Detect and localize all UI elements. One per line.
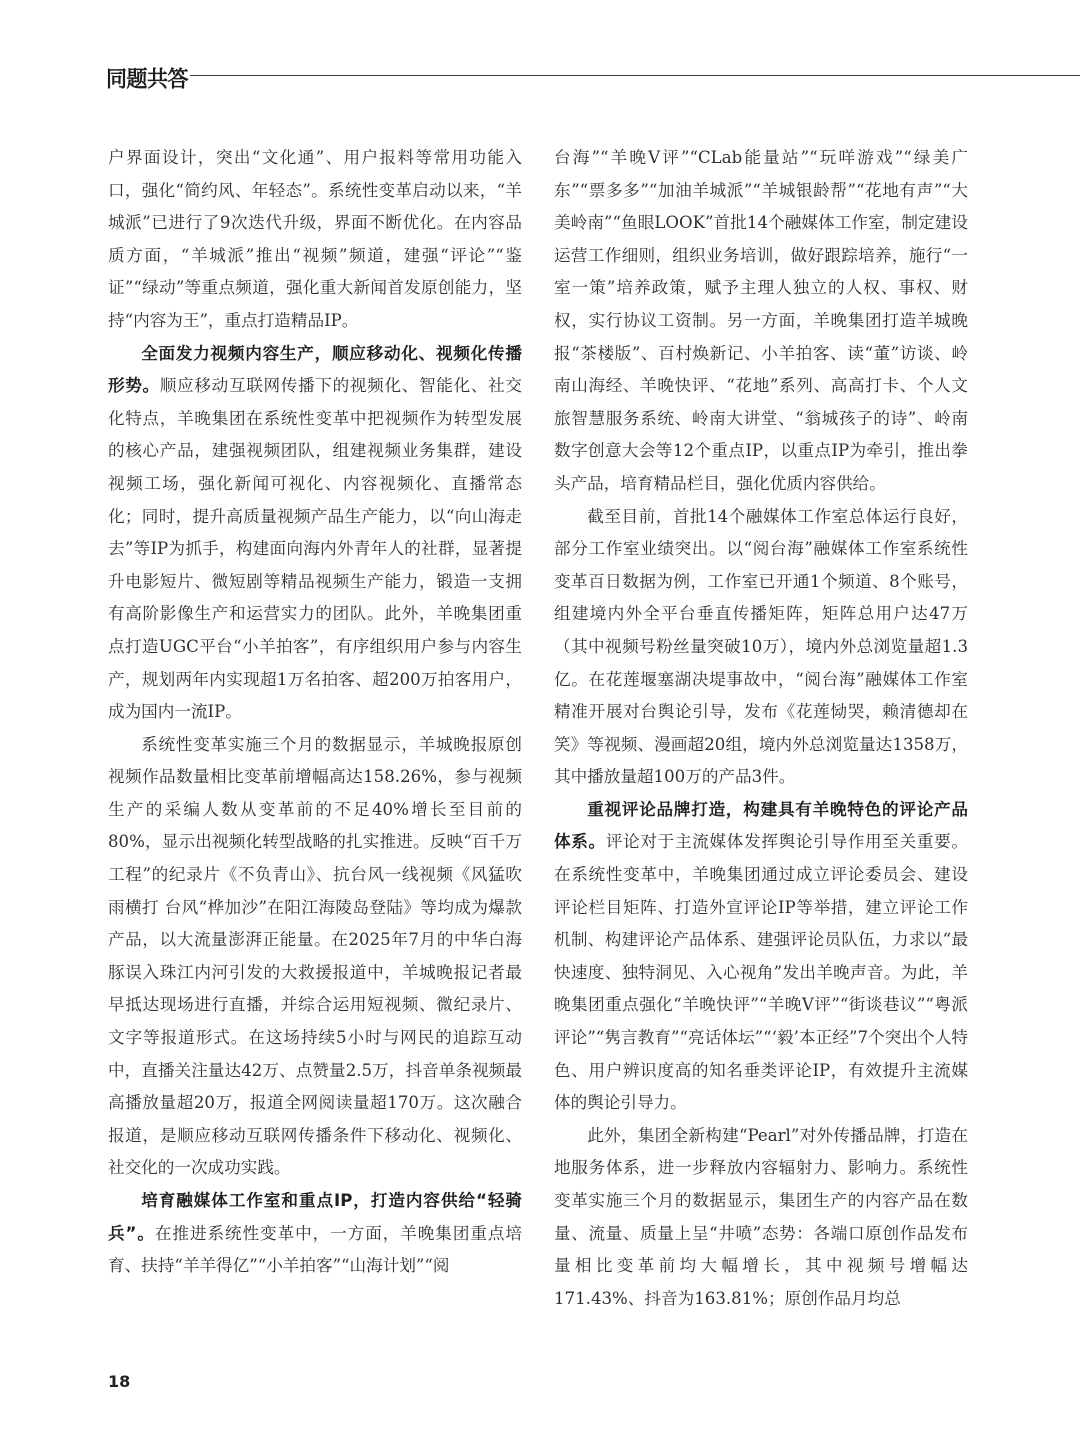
paragraph: 此外，集团全新构建“Pearl”对外传播品牌，打造在地服务体系，进一步释放内容辐… xyxy=(554,1120,968,1316)
paragraph-text: 此外，集团全新构建“Pearl”对外传播品牌，打造在地服务体系，进一步释放内容辐… xyxy=(554,1126,968,1308)
paragraph-text: 台海”“羊晚V评”“CLab能量站”“玩咩游戏”“绿美广东”“票多多”“加油羊城… xyxy=(554,148,968,493)
right-column: 台海”“羊晚V评”“CLab能量站”“玩咩游戏”“绿美广东”“票多多”“加油羊城… xyxy=(554,142,968,1315)
paragraph: 户界面设计，突出“文化通”、用户报料等常用功能入口，强化“简约风、年轻态”。系统… xyxy=(108,142,522,338)
section-header: 同题共答 xyxy=(106,62,1080,94)
paragraph-text: 评论对于主流媒体发挥舆论引导作用至关重要。在系统性变革中，羊晚集团通过成立评论委… xyxy=(554,832,968,1112)
paragraph-text: 系统性变革实施三个月的数据显示，羊城晚报原创视频作品数量相比变革前增幅高达158… xyxy=(108,735,522,1178)
paragraph-text: 在推进系统性变革中，一方面，羊晚集团重点培育、扶持“羊羊得亿”“小羊拍客”“山海… xyxy=(108,1224,522,1276)
left-column: 户界面设计，突出“文化通”、用户报料等常用功能入口，强化“简约风、年轻态”。系统… xyxy=(108,142,522,1283)
paragraph-text: 顺应移动互联网传播下的视频化、智能化、社交化特点，羊晚集团在系统性变革中把视频作… xyxy=(108,376,522,721)
paragraph: 台海”“羊晚V评”“CLab能量站”“玩咩游戏”“绿美广东”“票多多”“加油羊城… xyxy=(554,142,968,501)
header-divider xyxy=(190,75,1080,76)
paragraph-text: 户界面设计，突出“文化通”、用户报料等常用功能入口，强化“简约风、年轻态”。系统… xyxy=(108,148,522,330)
paragraph-text: 截至目前，首批14个融媒体工作室总体运行良好，部分工作室业绩突出。以“阅台海”融… xyxy=(554,507,968,787)
page-number: 18 xyxy=(108,1372,130,1391)
paragraph: 系统性变革实施三个月的数据显示，羊城晚报原创视频作品数量相比变革前增幅高达158… xyxy=(108,729,522,1185)
paragraph: 重视评论品牌打造，构建具有羊晚特色的评论产品体系。评论对于主流媒体发挥舆论引导作… xyxy=(554,794,968,1120)
section-title: 同题共答 xyxy=(106,62,188,94)
paragraph: 培育融媒体工作室和重点IP，打造内容供给“轻骑兵”。在推进系统性变革中，一方面，… xyxy=(108,1185,522,1283)
paragraph: 截至目前，首批14个融媒体工作室总体运行良好，部分工作室业绩突出。以“阅台海”融… xyxy=(554,501,968,794)
paragraph: 全面发力视频内容生产，顺应移动化、视频化传播形势。顺应移动互联网传播下的视频化、… xyxy=(108,338,522,729)
